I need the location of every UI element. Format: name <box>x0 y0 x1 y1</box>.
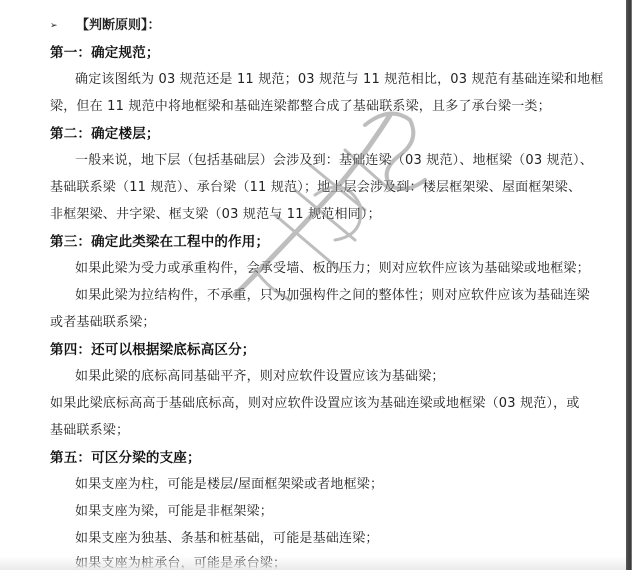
section-5-line-2: 如果支座为梁，可能是非框架梁； <box>75 504 273 520</box>
section-1-line-2: 梁，但在 11 规范中将地框梁和基础连梁都整合成了基础联系梁，且多了承台梁一类； <box>50 99 551 115</box>
section-3-heading: 第三：确定此类梁在工程中的作用； <box>50 234 269 250</box>
section-3-line-3: 或者基础联系梁； <box>50 315 156 331</box>
section-4-heading: 第四：还可以根据梁底标高区分； <box>50 342 256 358</box>
section-3-line-2: 如果此梁为拉结构件，不承重，只为加强构件之间的整体性；则对应软件应该为基础连梁 <box>75 288 590 304</box>
bottom-shade <box>0 556 626 570</box>
section-2-line-3: 非框架梁、井字梁、框支梁（03 规范与 11 规范相同）； <box>50 207 381 223</box>
section-3-line-1: 如果此梁为受力或承重构件，会承受墙、板的压力；则对应软件应该为基础梁或地框梁； <box>75 261 590 277</box>
section-5-heading: 第五：可区分梁的支座； <box>50 450 201 466</box>
document-page: ➢【判断原则】： 第一：确定规范； 确定该图纸为 03 规范还是 11 规范；0… <box>0 0 626 570</box>
section-2-line-1: 一般来说，地下层（包括基础层）会涉及到：基础连梁（03 规范）、地框梁（03 规… <box>75 153 593 169</box>
section-1-line-1: 确定该图纸为 03 规范还是 11 规范；03 规范与 11 规范相比，03 规… <box>75 72 604 88</box>
section-title-row: ➢【判断原则】： <box>50 18 161 34</box>
section-4-line-3: 基础联系梁； <box>50 423 129 439</box>
section-2-heading: 第二：确定楼层； <box>50 126 160 142</box>
section-2-line-2: 基础联系梁（11 规范）、承台梁（11 规范）；地上层会涉及到：楼层框架梁、屋面… <box>50 180 581 196</box>
section-4-line-2: 如果此梁底标高高于基础底标高，则对应软件设置应该为基础连梁或地框梁（03 规范）… <box>50 396 580 412</box>
section-1-heading: 第一：确定规范； <box>50 45 160 61</box>
section-5-line-1: 如果支座为柱，可能是楼层/屋面框架梁或者地框梁； <box>75 477 383 493</box>
page-edge-bar <box>626 0 632 570</box>
section-title: 【判断原则】： <box>76 18 161 33</box>
section-4-line-1: 如果此梁的底标高同基础平齐，则对应软件设置应该为基础梁； <box>75 369 445 385</box>
arrow-bullet-icon: ➢ <box>50 18 76 34</box>
section-5-line-3: 如果支座为独基、条基和桩基础，可能是基础连梁； <box>75 531 379 547</box>
